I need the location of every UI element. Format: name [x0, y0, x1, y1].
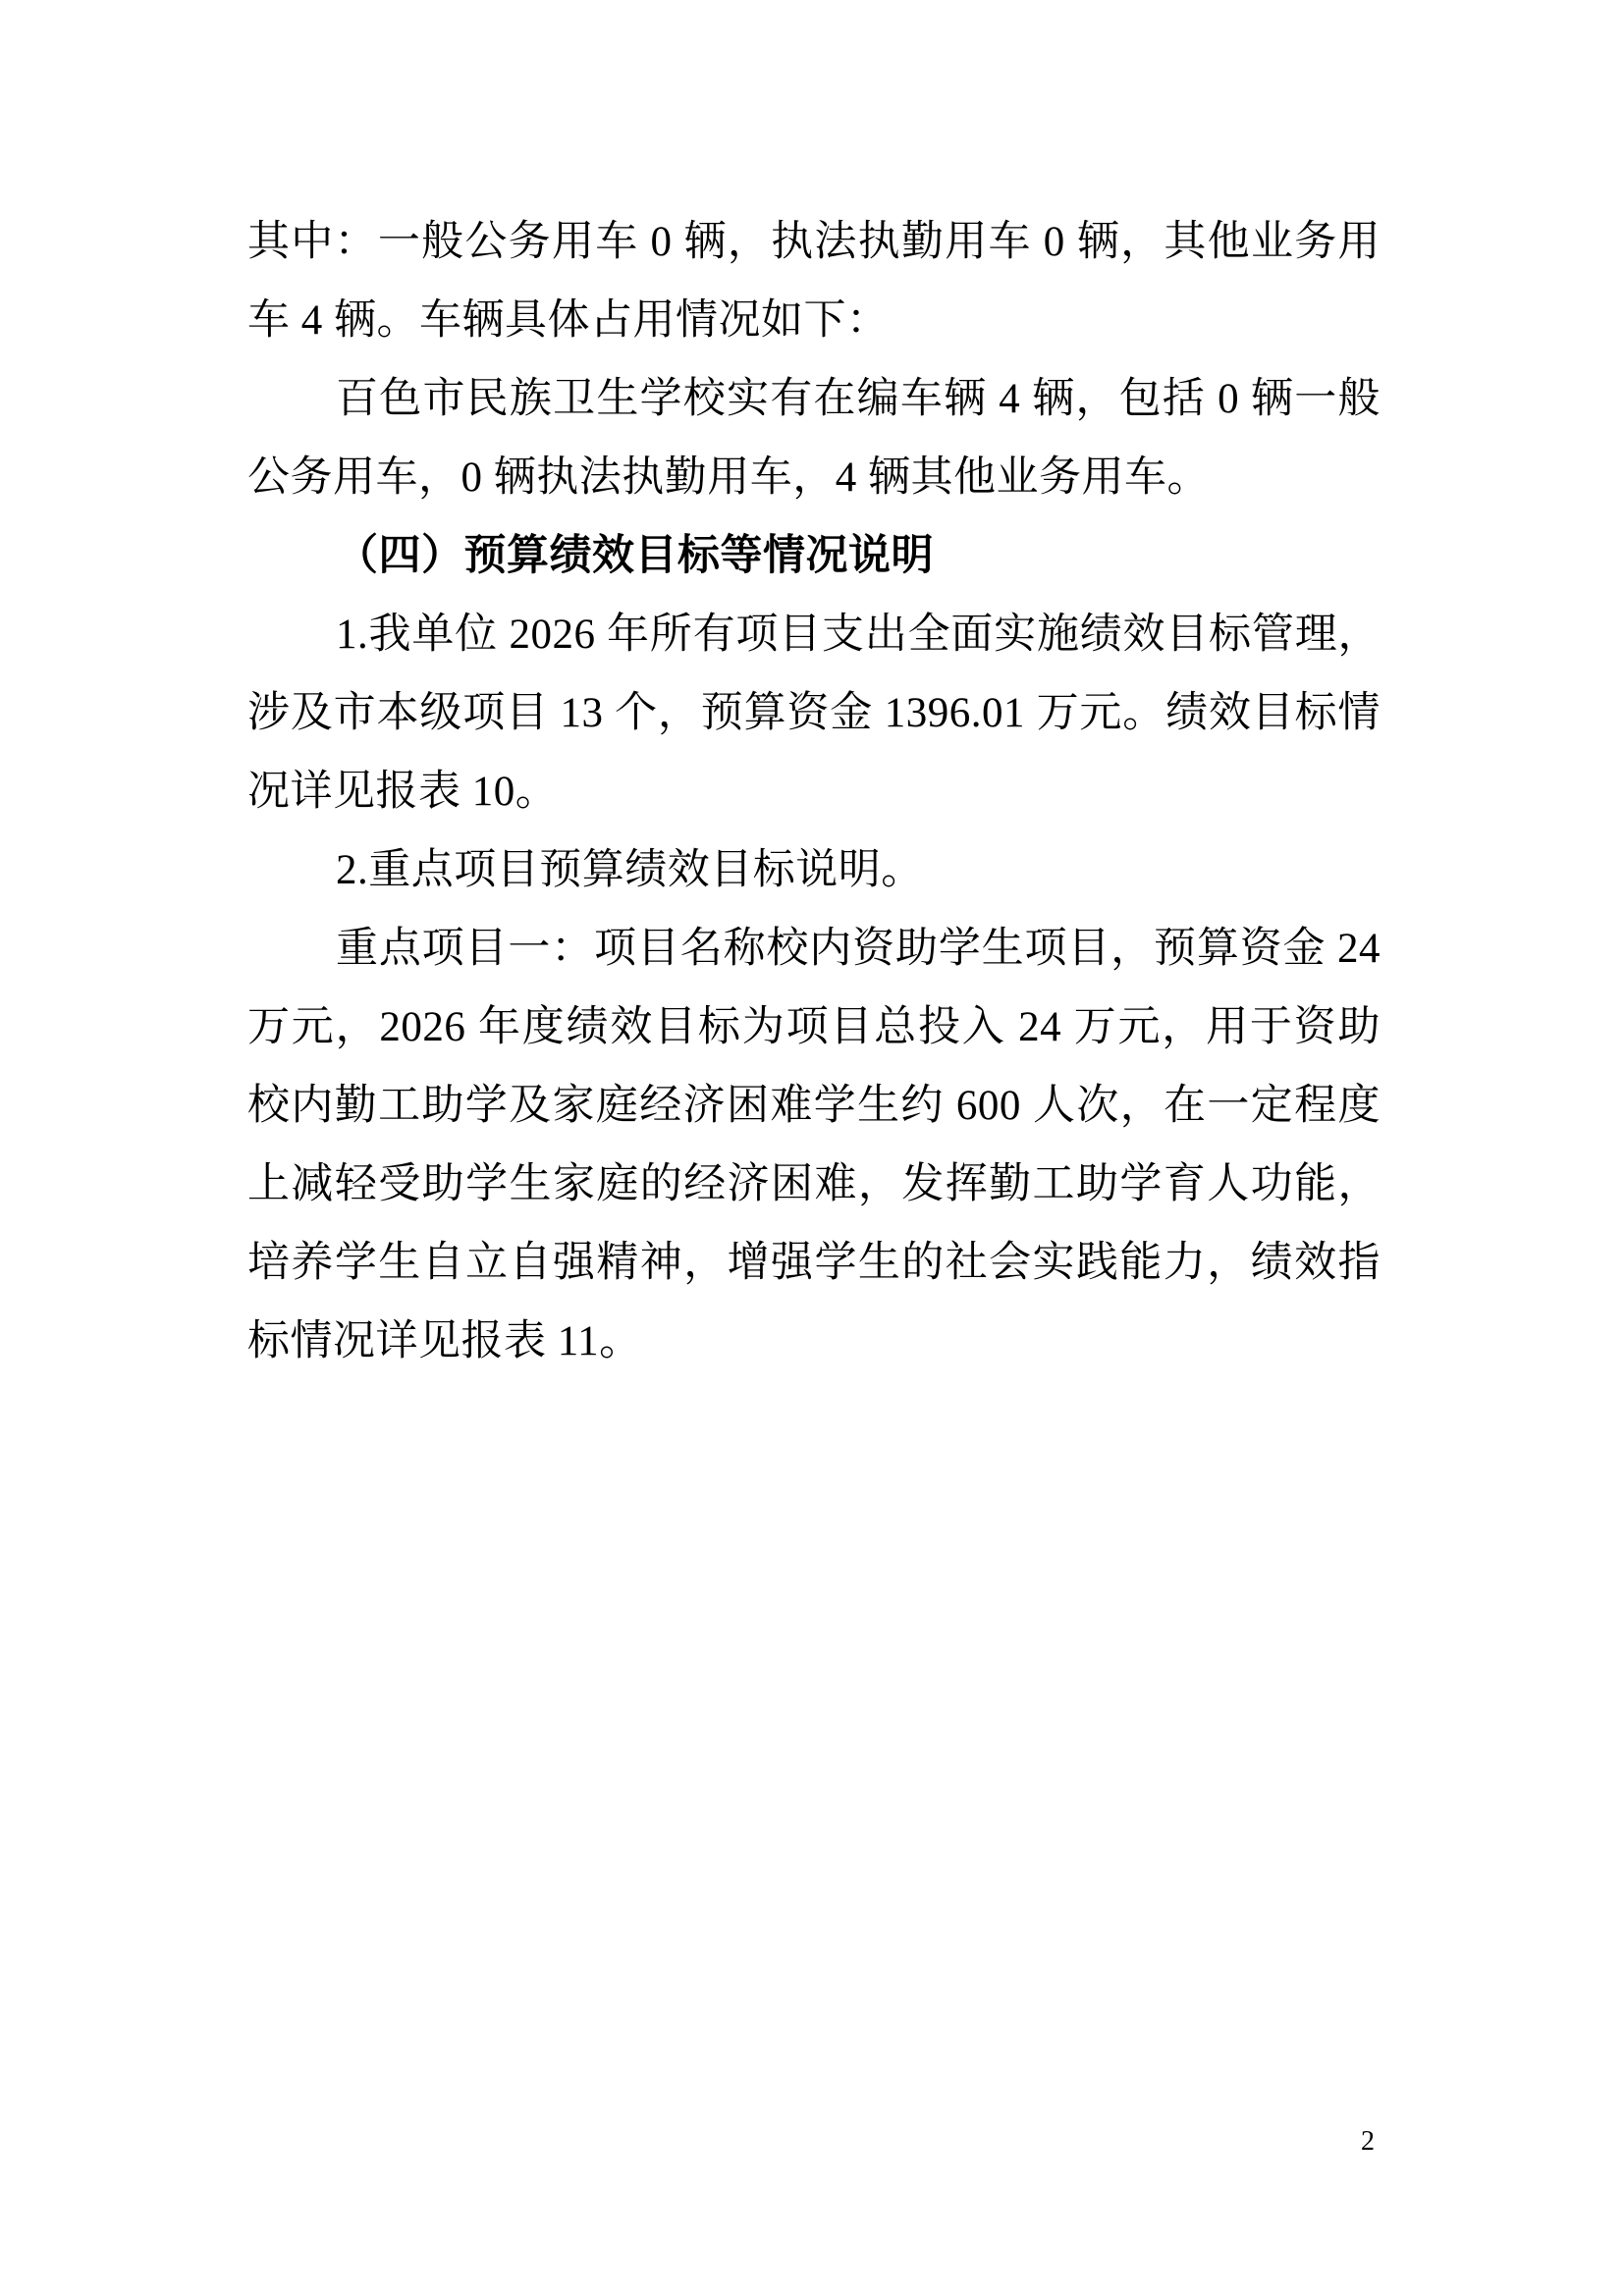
paragraph-line: 其中：一般公务用车 0 辆，执法执勤用车 0 辆，其他业务用	[247, 203, 1380, 282]
paragraph-line: 1.我单位 2026 年所有项目支出全面实施绩效目标管理，	[247, 596, 1380, 674]
paragraph-line: 校内勤工助学及家庭经济困难学生约 600 人次，在一定程度	[247, 1067, 1380, 1146]
paragraph-line: 重点项目一：项目名称校内资助学生项目，预算资金 24	[247, 910, 1380, 988]
paragraph-line: 2.重点项目预算绩效目标说明。	[247, 831, 1380, 910]
page-number: 2	[1361, 2122, 1375, 2162]
paragraph-line: 上减轻受助学生家庭的经济困难，发挥勤工助学育人功能，	[247, 1146, 1380, 1224]
paragraph-line: 万元，2026 年度绩效目标为项目总投入 24 万元，用于资助	[247, 988, 1380, 1067]
paragraph-line: 涉及市本级项目 13 个，预算资金 1396.01 万元。绩效目标情	[247, 674, 1380, 753]
paragraph-line: 况详见报表 10。	[247, 753, 1380, 831]
paragraph-line: 车 4 辆。车辆具体占用情况如下：	[247, 282, 1380, 360]
document-body: 其中：一般公务用车 0 辆，执法执勤用车 0 辆，其他业务用 车 4 辆。车辆具…	[247, 203, 1380, 1381]
paragraph-line: 培养学生自立自强精神，增强学生的社会实践能力，绩效指	[247, 1224, 1380, 1303]
paragraph-line: 标情况详见报表 11。	[247, 1303, 1380, 1381]
paragraph-line: 百色市民族卫生学校实有在编车辆 4 辆，包括 0 辆一般	[247, 360, 1380, 439]
section-heading: （四）预算绩效目标等情况说明	[247, 517, 1380, 596]
paragraph-line: 公务用车，0 辆执法执勤用车，4 辆其他业务用车。	[247, 439, 1380, 517]
document-page: 其中：一般公务用车 0 辆，执法执勤用车 0 辆，其他业务用 车 4 辆。车辆具…	[0, 0, 1624, 2296]
